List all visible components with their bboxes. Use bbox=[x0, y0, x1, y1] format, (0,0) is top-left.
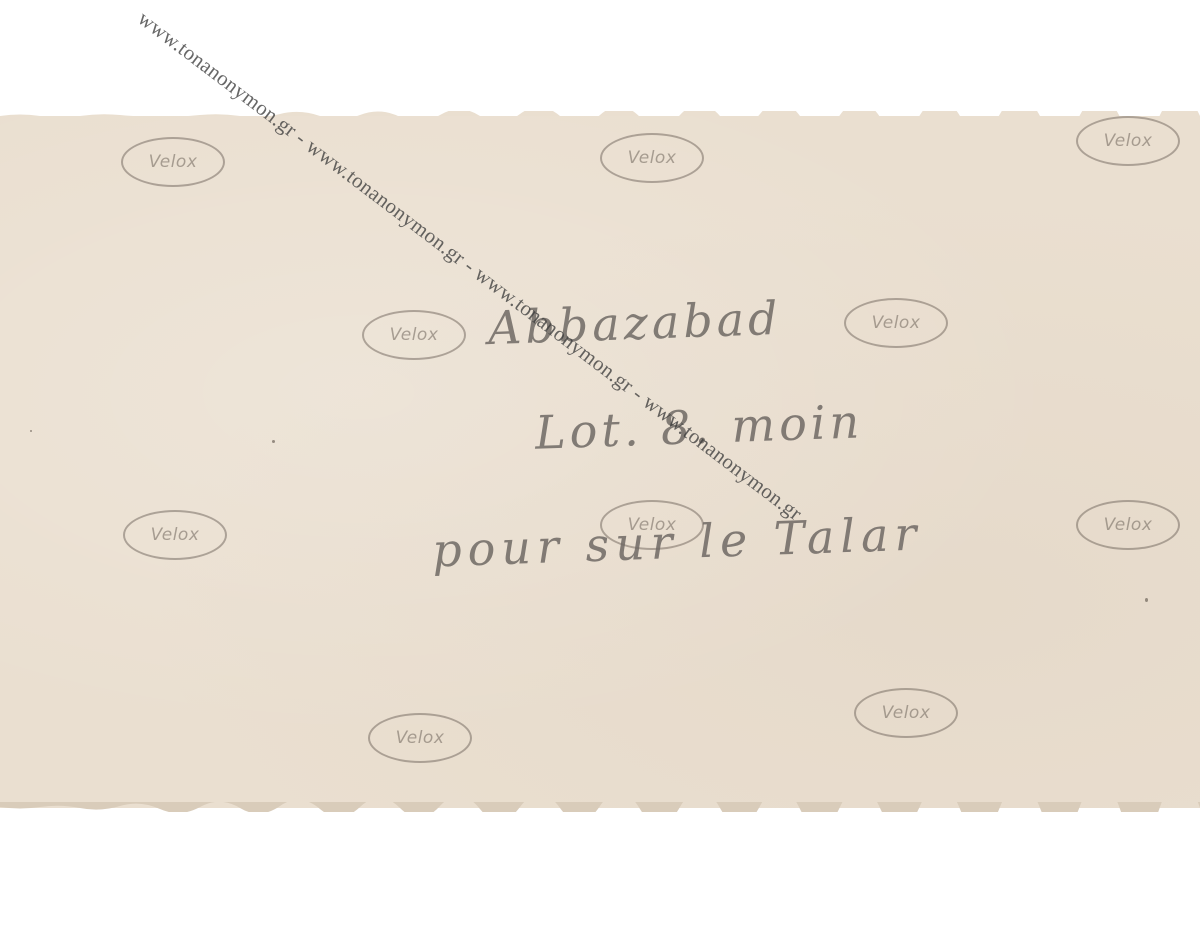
paper-speck bbox=[272, 440, 275, 443]
velox-stamp: Velox bbox=[844, 298, 948, 348]
velox-stamp: Velox bbox=[121, 137, 225, 187]
velox-stamp: Velox bbox=[600, 133, 704, 183]
velox-stamp: Velox bbox=[362, 310, 466, 360]
paper-speck bbox=[30, 430, 32, 432]
velox-stamp: Velox bbox=[854, 688, 958, 738]
velox-stamp: Velox bbox=[1076, 500, 1180, 550]
velox-stamp: Velox bbox=[1076, 116, 1180, 166]
paper-speck bbox=[1145, 598, 1148, 602]
deckle-edge-bottom bbox=[0, 802, 1200, 812]
velox-stamp: Velox bbox=[368, 713, 472, 763]
velox-stamp: Velox bbox=[123, 510, 227, 560]
photo-back bbox=[0, 116, 1200, 808]
